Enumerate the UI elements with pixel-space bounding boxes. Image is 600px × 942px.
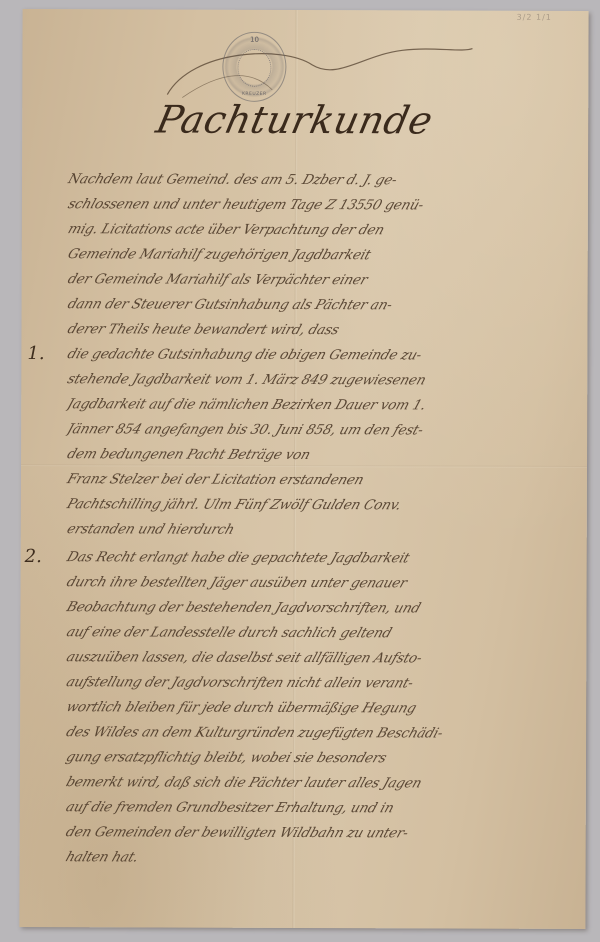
body-line: Gemeinde Mariahilf zugehörigen Jagdbarke… [66, 246, 571, 264]
item-number-1: 1. [27, 343, 44, 364]
body-line: schlossenen und unter heutigem Tage Z 13… [66, 196, 571, 214]
item-2-line: auf eine der Landesstelle durch sachlich… [64, 624, 569, 642]
body-line: Nachdem laut Gemeind. des am 5. Dzber d.… [66, 171, 571, 189]
item-2-line: auszuüben lassen, die daselbst seit allf… [64, 649, 569, 667]
item-2-line: halten hat. [64, 849, 569, 867]
item-2-line: Das Recht erlangt habe die gepachtete Ja… [65, 549, 570, 567]
body-line: dann der Steuerer Gutsinhabung als Pächt… [66, 296, 571, 314]
item-1-line: erstanden und hierdurch [65, 521, 570, 539]
body-line: der Gemeinde Mariahilf als Verpächter ei… [66, 271, 571, 289]
item-number-2: 2. [25, 546, 42, 567]
body-line: mig. Licitations acte über Verpachtung d… [66, 221, 571, 239]
item-1-line: die gedachte Gutsinhabung die obigen Gem… [65, 346, 570, 364]
item-1-line: stehende Jagdbarkeit vom 1. März 849 zug… [65, 371, 570, 389]
item-2-line: auf die fremden Grundbesitzer Erhaltung,… [64, 799, 569, 817]
item-2-line: den Gemeinden der bewilligten Wildbahn z… [64, 824, 569, 842]
item-1-line: Franz Stelzer bei der Licitation erstand… [65, 471, 570, 489]
document-body: Nachdem laut Gemeind. des am 5. Dzber d.… [19, 9, 588, 929]
item-1-line: Jänner 854 angefangen bis 30. Juni 858, … [65, 421, 570, 439]
item-2-line: des Wildes an dem Kulturgründen zugefügt… [64, 724, 569, 742]
item-2-line: aufstellung der Jagdvorschriften nicht a… [64, 674, 569, 692]
item-2-line: gung ersatzpflichtig bleibt, wobei sie b… [64, 749, 569, 767]
item-1-line: dem bedungenen Pacht Beträge von [65, 446, 570, 464]
item-2-line: bemerkt wird, daß sich die Pächter laute… [64, 774, 569, 792]
item-2-line: wortlich bleiben für jede durch übermäßi… [64, 699, 569, 717]
item-1-line: Jagdbarkeit auf die nämlichen Bezirken D… [65, 396, 570, 414]
body-line: derer Theils heute bewandert wird, dass [65, 321, 570, 339]
item-1-line: Pachtschilling jährl. Ulm Fünf Zwölf Gul… [65, 496, 570, 514]
document-page: 3/2 1/1 10 KREUZER Pachturkunde Nachdem … [19, 9, 588, 929]
item-2-line: Beobachtung der bestehenden Jagdvorschri… [64, 599, 569, 617]
item-2-line: durch ihre bestellten Jäger ausüben unte… [65, 574, 570, 592]
